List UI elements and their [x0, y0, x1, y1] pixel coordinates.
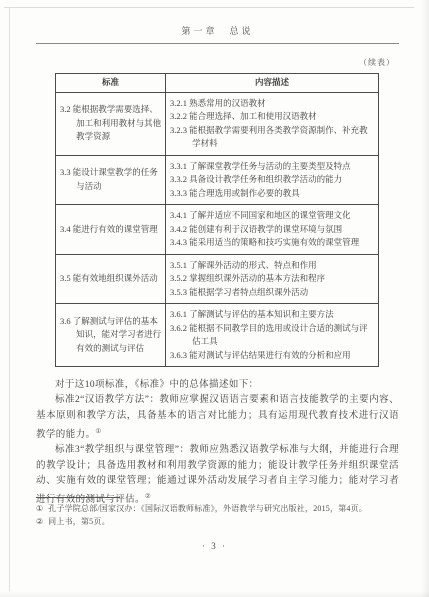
paragraph-intro: 对于这10项标准，《标准》中的总体描述如下：: [36, 378, 399, 393]
footnote-text: 孔子学院总部/国家汉办：《国际汉语教师标准》，外语教学与研究出版社，2015，第…: [48, 504, 367, 513]
description-item: 3.6.3 能对测试与评估结果进行有效的分析和应用: [170, 349, 375, 363]
scan-shade-right: [421, 0, 429, 597]
description-item: 3.4.2 能创建有利于汉语教学的课堂环境与氛围: [170, 223, 375, 237]
table-row: 3.2 能根据教学需要选择、加工和利用教材与其他教学资源 3.2.1 熟悉常用的…: [56, 92, 379, 155]
paragraph-standard2-text: 标准2“汉语教学方法”：教师应掌握汉语语言要素和语言技能教学的主要内容、基本原则…: [36, 395, 399, 440]
standard-text: 3.3 能设计课堂教学的任务与活动: [60, 166, 162, 193]
table-row: 3.5 能有效地组织课外活动 3.5.1 了解课外活动的形式、特点和作用 3.5…: [56, 254, 379, 304]
description-cell: 3.4.1 了解并适应不同国家和地区的课堂管理文化 3.4.2 能创建有利于汉语…: [166, 205, 379, 255]
description-item: 3.5.1 了解课外活动的形式、特点和作用: [170, 259, 375, 273]
continuation-note: （续表）: [36, 57, 399, 68]
description-item: 3.3.3 能合理选用或制作必要的教具: [170, 187, 375, 201]
standard-cell: 3.2 能根据教学需要选择、加工和利用教材与其他教学资源: [56, 92, 166, 155]
table-row: 3.3 能设计课堂教学的任务与活动 3.3.1 了解课堂教学任务与活动的主要类型…: [56, 155, 379, 205]
body-text: 对于这10项标准，《标准》中的总体描述如下： 标准2“汉语教学方法”：教师应掌握…: [36, 378, 399, 509]
description-cell: 3.6.1 了解测试与评估的基本知识和主要方法 3.6.2 能根据不同教学目的选…: [166, 304, 379, 367]
footnote-area: ①孔子学院总部/国家汉办：《国际汉语教师标准》，外语教学与研究出版社，2015，…: [36, 497, 399, 528]
description-item: 3.3.1 了解课堂教学任务与活动的主要类型及特点: [170, 160, 375, 174]
page-number: · 3 ·: [0, 541, 429, 551]
footnote-marker: ②: [36, 517, 43, 526]
description-item: 3.3.2 具备设计教学任务和组织教学活动的能力: [170, 173, 375, 187]
footnote-2: ②同上书，第5页。: [36, 516, 399, 529]
table-header-row: 标准 内容描述: [56, 74, 379, 93]
description-item: 3.4.1 了解并适应不同国家和地区的课堂管理文化: [170, 209, 375, 223]
standard-cell: 3.5 能有效地组织课外活动: [56, 254, 166, 304]
scan-edge-top: [4, 7, 414, 8]
paragraph-standard2: 标准2“汉语教学方法”：教师应掌握汉语语言要素和语言技能教学的主要内容、基本原则…: [36, 393, 399, 443]
description-item: 3.6.2 能根据不同教学目的选用或设计合适的测试与评估工具: [170, 322, 375, 349]
standard-cell: 3.6 了解测试与评估的基本知识，能对学习者进行有效的测试与评估: [56, 304, 166, 367]
description-cell: 3.2.1 熟悉常用的汉语教材 3.2.2 能合理选择、加工和使用汉语教材 3.…: [166, 92, 379, 155]
standard-cell: 3.4 能进行有效的课堂管理: [56, 205, 166, 255]
description-item: 3.5.2 掌握组织课外活动的基本方法和程序: [170, 272, 375, 286]
description-item: 3.6.1 了解测试与评估的基本知识和主要方法: [170, 308, 375, 322]
footnote-text: 同上书，第5页。: [48, 517, 110, 526]
running-head: 第一章 总说: [36, 24, 399, 37]
description-item: 3.5.3 能根据学习者特点组织课外活动: [170, 286, 375, 300]
col-header-standard: 标准: [56, 74, 166, 93]
description-cell: 3.5.1 了解课外活动的形式、特点和作用 3.5.2 掌握组织课外活动的基本方…: [166, 254, 379, 304]
book-page: 第一章 总说 （续表） 标准 内容描述 3.2 能根据教学需要选择、加工和利用教…: [0, 0, 429, 597]
footnote-marker: ①: [36, 504, 43, 513]
standards-table: 标准 内容描述 3.2 能根据教学需要选择、加工和利用教材与其他教学资源 3.2…: [55, 73, 379, 367]
standard-text: 3.2 能根据教学需要选择、加工和利用教材与其他教学资源: [60, 103, 162, 144]
standard-text: 3.5 能有效地组织课外活动: [60, 272, 162, 286]
footnote-1: ①孔子学院总部/国家汉办：《国际汉语教师标准》，外语教学与研究出版社，2015，…: [36, 503, 399, 516]
standard-text: 3.6 了解测试与评估的基本知识，能对学习者进行有效的测试与评估: [60, 315, 162, 356]
description-item: 3.2.2 能合理选择、加工和使用汉语教材: [170, 110, 375, 124]
description-item: 3.2.1 熟悉常用的汉语教材: [170, 97, 375, 111]
scan-edge-left: [9, 7, 10, 591]
col-header-description: 内容描述: [166, 74, 379, 93]
description-item: 3.4.3 能采用适当的策略和技巧实施有效的课堂管理: [170, 236, 375, 250]
header-rule: [36, 43, 399, 44]
table-row: 3.4 能进行有效的课堂管理 3.4.1 了解并适应不同国家和地区的课堂管理文化…: [56, 205, 379, 255]
scan-shade-bottom: [0, 591, 429, 597]
chapter-title: 第一章 总说: [181, 26, 253, 36]
standard-text: 3.4 能进行有效的课堂管理: [60, 223, 162, 237]
description-cell: 3.3.1 了解课堂教学任务与活动的主要类型及特点 3.3.2 具备设计教学任务…: [166, 155, 379, 205]
table-row: 3.6 了解测试与评估的基本知识，能对学习者进行有效的测试与评估 3.6.1 了…: [56, 304, 379, 367]
standard-cell: 3.3 能设计课堂教学的任务与活动: [56, 155, 166, 205]
description-item: 3.2.3 能根据教学需要利用各类教学资源制作、补充教学材料: [170, 124, 375, 151]
footnote-ref-1: ①: [95, 428, 101, 435]
footnote-rule: [36, 497, 120, 498]
